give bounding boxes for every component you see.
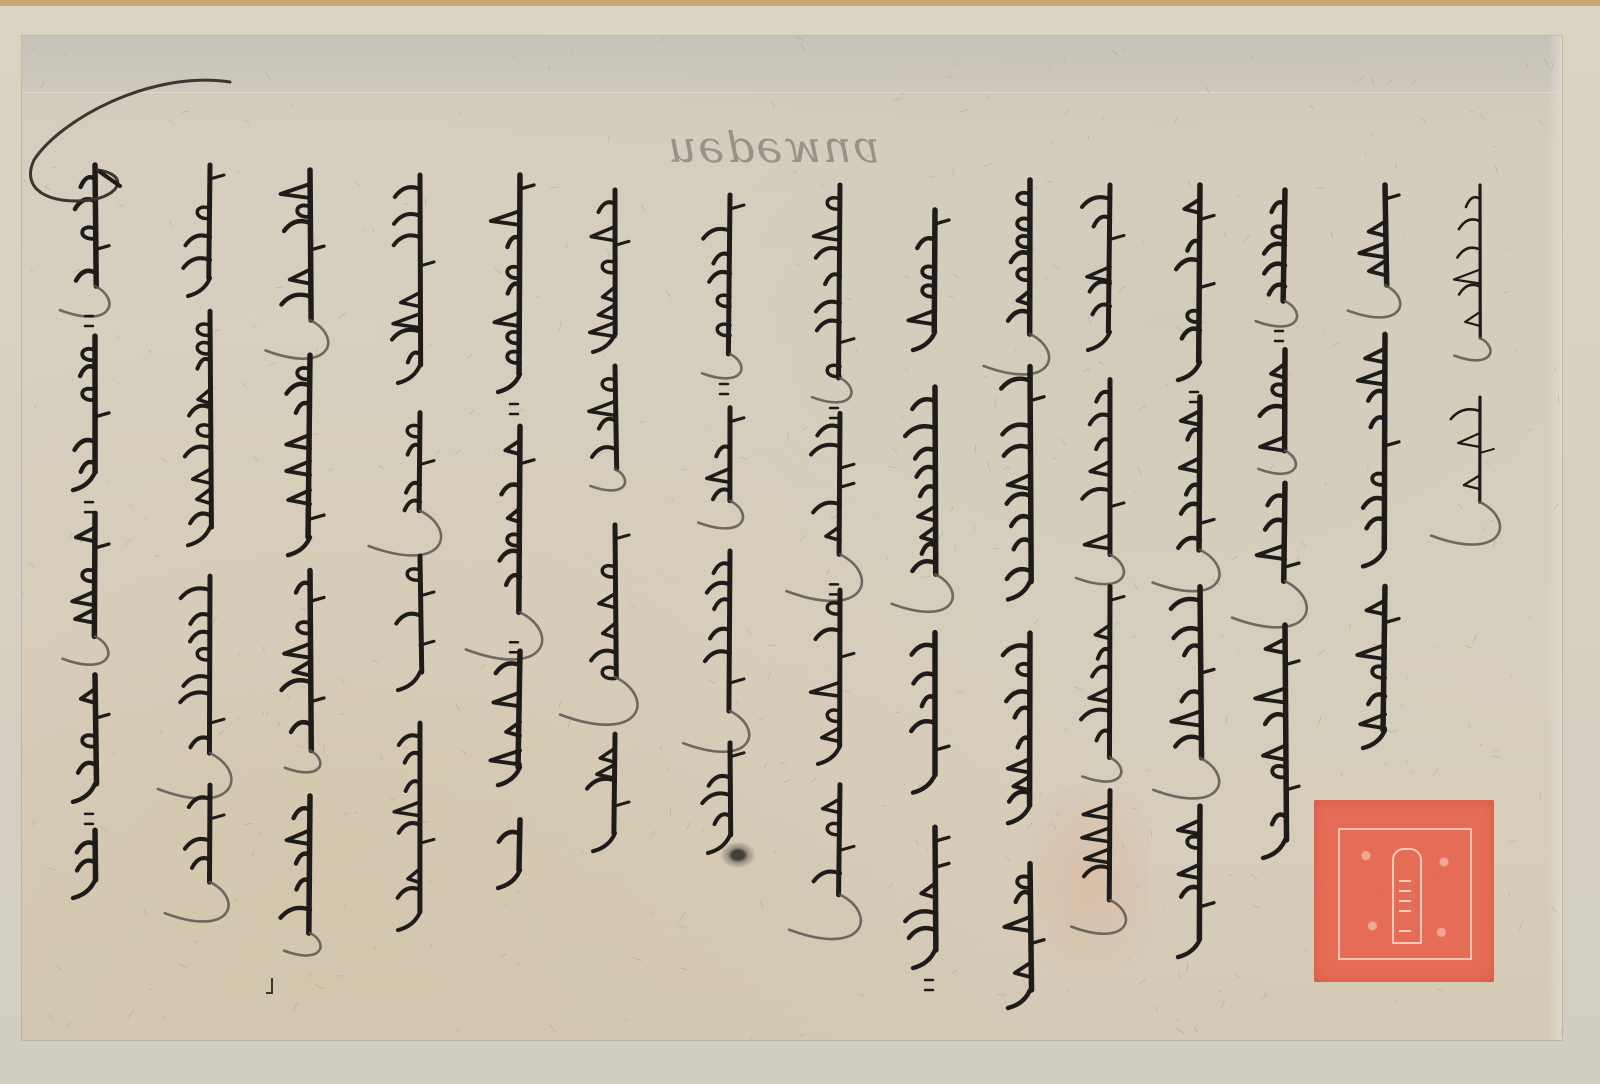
glyph-tooth (709, 776, 730, 786)
glyph-stroke (1257, 545, 1285, 559)
glyph-tooth (183, 676, 210, 686)
word-spine (839, 185, 840, 378)
word-tail (913, 950, 935, 968)
glyph-spur (1200, 519, 1214, 523)
glyph-tooth (499, 832, 520, 842)
glyph-tooth (816, 629, 840, 639)
glyph-spur (840, 846, 854, 850)
glyph-tooth (905, 911, 935, 921)
glyph-tooth (1457, 248, 1480, 258)
word-tail (498, 374, 520, 392)
glyph-stroke (193, 469, 210, 483)
glyph-tooth (1081, 710, 1110, 720)
glyph-stroke (197, 489, 210, 503)
punctuation (830, 408, 838, 418)
word-tail (188, 527, 210, 545)
word-tail (593, 833, 615, 851)
glyph-tooth (291, 722, 310, 732)
glyph-tooth (190, 514, 210, 524)
glyph-tooth (1451, 409, 1480, 419)
final-swash (787, 554, 862, 601)
glyph-tooth (912, 399, 935, 409)
glyph-tooth (591, 651, 615, 661)
word-tail (1008, 990, 1030, 1008)
glyph-stroke (1358, 371, 1385, 385)
glyph-tooth (1459, 219, 1480, 229)
word-spine (839, 413, 840, 554)
glyph-tooth (905, 426, 935, 436)
glyph-spur (840, 483, 854, 487)
word-tail (593, 334, 615, 352)
glyph-stroke (1179, 864, 1200, 878)
word-spine (94, 513, 95, 636)
glyph-tooth (1004, 446, 1030, 456)
glyph-tooth (911, 721, 935, 731)
final-swash (284, 933, 320, 956)
glyph-loop (197, 425, 210, 436)
glyph-tooth (77, 861, 95, 871)
word-spine (1030, 864, 1032, 990)
word-tail (1178, 939, 1200, 957)
glyph-stroke (1359, 243, 1385, 257)
final-swash (60, 286, 109, 317)
glyph-stroke (281, 184, 310, 198)
word-spine (420, 175, 421, 365)
glyph-tooth (1084, 866, 1110, 876)
glyph-tooth (181, 588, 210, 598)
ink-blot (718, 840, 758, 870)
glyph-stroke (1082, 828, 1110, 842)
word-spine (309, 796, 310, 933)
glyph-tooth (392, 330, 420, 340)
glyph-tooth (592, 447, 615, 457)
glyph-tooth (915, 449, 935, 459)
word-spine (95, 165, 96, 286)
final-swash (698, 501, 743, 529)
glyph-tooth (398, 888, 420, 898)
word-spine (1109, 791, 1110, 900)
glyph-stroke (76, 527, 95, 541)
final-swash (1153, 758, 1219, 799)
punctuation (85, 814, 93, 824)
glyph-stroke (599, 594, 615, 608)
small-ink-mark (266, 978, 273, 994)
punctuation (830, 584, 838, 594)
seal-central-script (1392, 848, 1422, 944)
glyph-tooth (1008, 311, 1030, 321)
final-swash (812, 378, 851, 402)
glyph-stroke (1357, 645, 1385, 659)
glyph-tooth (912, 561, 935, 571)
glyph-stroke (1008, 475, 1030, 489)
glyph-stroke (1008, 759, 1030, 773)
final-swash (1082, 757, 1121, 781)
word-tail (1088, 332, 1110, 350)
word-tail (1008, 582, 1030, 600)
glyph-tooth (817, 426, 840, 436)
glyph-stroke (1255, 688, 1285, 702)
glyph-spur (840, 339, 854, 343)
glyph-tooth (1001, 379, 1030, 389)
glyph-tooth (77, 843, 95, 853)
punctuation (1275, 331, 1283, 341)
glyph-tooth (1182, 691, 1200, 701)
word-tail (913, 332, 935, 350)
glyph-stroke (598, 305, 615, 319)
glyph-stroke (1004, 917, 1030, 931)
glyph-tooth (1082, 197, 1110, 207)
glyph-tooth (714, 814, 730, 824)
glyph-spur (310, 515, 324, 519)
glyph-tooth (78, 763, 95, 773)
final-swash (266, 320, 329, 359)
glyph-tooth (76, 271, 95, 281)
glyph-tooth (496, 663, 520, 673)
final-swash (1153, 550, 1220, 591)
word-spine (1108, 185, 1110, 332)
glyph-stroke (1083, 805, 1110, 819)
glyph-stroke (591, 227, 615, 241)
final-swash (1256, 301, 1297, 326)
glyph-tooth (190, 632, 210, 642)
word-tail (188, 278, 210, 296)
glyph-stroke (707, 468, 730, 482)
glyph-stroke (1085, 849, 1110, 863)
glyph-tooth (917, 467, 935, 477)
word-spine (1285, 625, 1287, 840)
glyph-stroke (1369, 261, 1385, 275)
glyph-tooth (816, 248, 840, 258)
word-spine (209, 576, 210, 753)
glyph-stroke (589, 401, 615, 415)
glyph-spur (420, 461, 434, 465)
word-spine (1384, 334, 1385, 548)
glyph-stroke (493, 692, 520, 706)
word-tail (1363, 548, 1385, 566)
glyph-stroke (287, 830, 310, 844)
punctuation (1190, 392, 1198, 402)
glyph-spur (1285, 563, 1299, 567)
glyph-spur (615, 802, 629, 806)
glyph-stroke (908, 310, 935, 324)
glyph-stroke (1178, 820, 1200, 834)
word-spine (934, 210, 935, 332)
glyph-tooth (180, 692, 210, 702)
word-spine (519, 820, 520, 870)
glyph-tooth (813, 503, 840, 513)
final-swash (702, 354, 741, 378)
final-swash (1259, 451, 1296, 474)
glyph-tooth (281, 908, 310, 918)
glyph-tooth (811, 445, 840, 455)
glyph-tooth (1175, 737, 1200, 747)
glyph-tooth (284, 221, 310, 231)
glyph-stroke (1454, 269, 1480, 283)
glyph-stroke (494, 312, 520, 326)
word-tail (288, 537, 310, 555)
word-tail (398, 912, 420, 930)
glyph-stroke (1090, 461, 1110, 475)
word-tail (398, 672, 420, 690)
red-seal-stamp (1314, 800, 1494, 982)
word-tail (73, 472, 95, 490)
glyph-stroke (603, 623, 615, 637)
word-spine (95, 675, 97, 784)
glyph-spur (1480, 449, 1494, 453)
glyph-stroke (1465, 312, 1480, 326)
glyph-tooth (1466, 197, 1480, 207)
glyph-tooth (190, 614, 210, 624)
glyph-tooth (282, 680, 310, 690)
word-tail (1008, 805, 1030, 823)
glyph-tooth (395, 187, 420, 197)
glyph-tooth (1176, 259, 1200, 269)
glyph-stroke (1089, 688, 1110, 702)
glyph-tooth (286, 384, 310, 394)
glyph-tooth (399, 735, 420, 745)
glyph-stroke (1365, 348, 1385, 362)
word-spine (95, 830, 96, 880)
punctuation (720, 384, 728, 394)
glyph-tooth (1003, 645, 1030, 655)
glyph-tooth (1265, 714, 1285, 724)
glyph-tooth (599, 419, 615, 429)
glyph-stroke (918, 506, 935, 520)
word-tail (398, 365, 420, 383)
punctuation (925, 980, 933, 990)
glyph-tooth (75, 440, 95, 450)
glyph-tooth (1002, 425, 1030, 435)
glyph-tooth (399, 823, 420, 833)
final-swash (1454, 338, 1490, 360)
glyph-tooth (816, 302, 840, 312)
glyph-stroke (72, 591, 95, 605)
glyph-stroke (1263, 746, 1285, 760)
glyph-tooth (814, 872, 840, 882)
glyph-stroke (394, 802, 420, 816)
glyph-spur (1110, 235, 1124, 239)
glyph-spur (730, 679, 744, 683)
word-tail (818, 746, 840, 764)
glyph-tooth (1090, 415, 1110, 425)
final-swash (789, 895, 861, 939)
glyph-tooth (707, 583, 730, 593)
word-tail (1178, 362, 1200, 380)
word-tail (73, 784, 95, 802)
seal-border (1338, 828, 1472, 960)
glyph-tooth (185, 447, 210, 457)
word-tail (498, 870, 520, 888)
glyph-tooth (1174, 628, 1200, 638)
glyph-tooth (396, 614, 420, 624)
glyph-tooth (705, 651, 730, 661)
word-tail (498, 767, 520, 785)
final-swash (1348, 285, 1400, 317)
glyph-stroke (284, 644, 310, 658)
word-tail (73, 880, 95, 898)
glyph-tooth (1184, 645, 1200, 655)
glyph-spur (1200, 284, 1214, 288)
glyph-stroke (1458, 433, 1480, 447)
final-swash (683, 711, 749, 752)
glyph-stroke (590, 323, 615, 337)
final-swash (62, 636, 108, 664)
final-swash (892, 574, 953, 612)
glyph-tooth (185, 839, 210, 849)
glyph-tooth (702, 793, 730, 803)
glyph-tooth (913, 674, 935, 684)
glyph-stroke (1369, 222, 1385, 236)
glyph-stroke (814, 226, 840, 240)
glyph-tooth (183, 258, 210, 268)
word-tail (1263, 840, 1285, 858)
final-swash (1076, 555, 1124, 585)
glyph-spur (210, 719, 224, 723)
punctuation (510, 642, 518, 652)
glyph-stroke (1266, 639, 1285, 653)
glyph-tooth (394, 214, 420, 224)
glyph-stroke (290, 270, 310, 284)
glyph-stroke (1260, 437, 1285, 451)
glyph-tooth (1459, 285, 1480, 295)
final-swash (984, 334, 1049, 374)
glyph-tooth (1006, 691, 1030, 701)
glyph-tooth (1260, 406, 1285, 416)
final-swash (165, 882, 229, 921)
glyph-tooth (1082, 489, 1110, 499)
glyph-tooth (394, 235, 420, 245)
glyph-stroke (401, 293, 420, 307)
glyph-stroke (393, 314, 420, 328)
decorative-curl (31, 80, 230, 201)
word-tail (913, 775, 935, 793)
glyph-stroke (1464, 475, 1480, 489)
glyph-stroke (1084, 535, 1110, 549)
final-swash (1232, 581, 1307, 627)
word-tail (1363, 730, 1385, 748)
final-swash (1071, 900, 1126, 934)
glyph-stroke (1171, 711, 1200, 725)
punctuation (85, 502, 93, 512)
glyph-tooth (909, 928, 935, 938)
glyph-tooth (912, 645, 935, 655)
final-swash (369, 511, 441, 556)
glyph-tooth (1011, 516, 1030, 526)
glyph-stroke (811, 682, 840, 696)
glyph-tooth (1007, 569, 1030, 579)
glyph-tooth (189, 406, 210, 416)
glyph-tooth (281, 295, 310, 305)
punctuation (510, 404, 518, 414)
glyph-stroke (1015, 963, 1030, 977)
glyph-tooth (1171, 599, 1200, 609)
glyph-stroke (293, 662, 310, 676)
final-swash (466, 612, 542, 659)
glyph-stroke (491, 211, 520, 225)
word-spine (308, 355, 310, 537)
glyph-loop (82, 735, 95, 746)
final-swash (590, 469, 625, 490)
glyph-tooth (1014, 539, 1030, 549)
glyph-loop (1272, 766, 1285, 777)
final-swash (158, 753, 232, 798)
glyph-loop (602, 667, 615, 678)
glyph-tooth (185, 235, 210, 245)
glyph-tooth (1007, 494, 1030, 504)
final-swash (285, 750, 320, 772)
final-swash (560, 677, 637, 725)
glyph-tooth (1272, 814, 1285, 824)
glyph-tooth (703, 229, 730, 239)
final-swash (1431, 502, 1500, 544)
word-spine (1199, 806, 1200, 939)
glyph-tooth (587, 779, 615, 789)
